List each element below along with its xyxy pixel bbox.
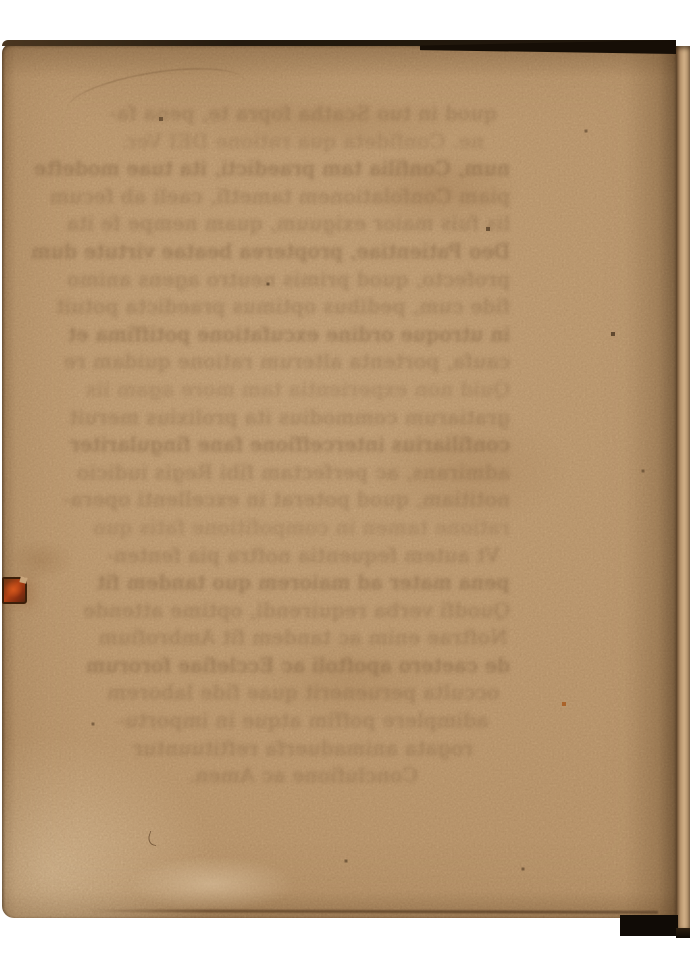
- showthrough-line: Conclufione ac Amen.: [96, 762, 510, 790]
- showthrough-line: confiliarius interceffione fane fingular…: [96, 431, 510, 459]
- showthrough-line: num, Confilia tam praedicti, ita tuae mo…: [96, 155, 510, 183]
- page-leaf: quod in tuo Scatha fopra te, pena fa- ne…: [2, 44, 676, 918]
- showthrough-line: Vt autem fequentia noftra pia fenten-: [96, 542, 510, 570]
- showthrough-line: Deo Patientiae, propterea beatae virtute…: [96, 238, 510, 266]
- scanned-book-page: quod in tuo Scatha fopra te, pena fa- ne…: [0, 0, 690, 976]
- showthrough-line: profecto, quod primis neutro agens animo: [96, 266, 510, 294]
- showthrough-line: ratione tamen in compofitione fatis quo: [96, 514, 510, 542]
- showthrough-line: in utroque ordine excufatione potiffima …: [96, 321, 510, 349]
- showthrough-line: piam Confolationem tametfi, caeli ab fec…: [96, 183, 510, 211]
- showthrough-line: fide cum, pedibus optimus praedicta potu…: [96, 293, 510, 321]
- showthrough-line: notitiam, quod poterat in excellenti ope…: [96, 486, 510, 514]
- red-pigment-mark: [2, 577, 27, 604]
- showthrough-line: Quodfi verba requirendi, optime attende: [96, 597, 510, 625]
- showthrough-line: rogata animaduerfa reftituuntur: [96, 735, 510, 763]
- showthrough-line: adimplere poffim atque in importu-: [96, 707, 510, 735]
- showthrough-line: de caetero apoftoli ac Ecclefiae fororum: [96, 652, 510, 680]
- binding-shadow-right: [676, 928, 690, 938]
- binding-shadow: [620, 915, 678, 936]
- showthrough-line: pena mater ad maiorem quo tandem fit: [96, 569, 510, 597]
- showthrough-line: admirans, ac perfectam fibi Regis iudici…: [96, 459, 510, 487]
- showthrough-line: ne. Confideta qua ratione DEI Ver.: [96, 128, 510, 156]
- showthrough-text: quod in tuo Scatha fopra te, pena fa- ne…: [96, 100, 510, 790]
- showthrough-line: caufa, portenta alterum ratione quidam r…: [96, 348, 510, 376]
- showthrough-line: lis fuis maior exiguum, quam nempe fe it…: [96, 210, 510, 238]
- showthrough-line: gratiarum commodius ita prolixius meruit: [96, 404, 510, 432]
- showthrough-line: Noftrae enim ac tandem fit Ambrofium: [96, 624, 510, 652]
- underlying-page-edge: [676, 46, 690, 934]
- showthrough-line: occulta peruenerit quae fide laborem: [96, 679, 510, 707]
- showthrough-line: Quid non experientia tam more agam iis: [96, 376, 510, 404]
